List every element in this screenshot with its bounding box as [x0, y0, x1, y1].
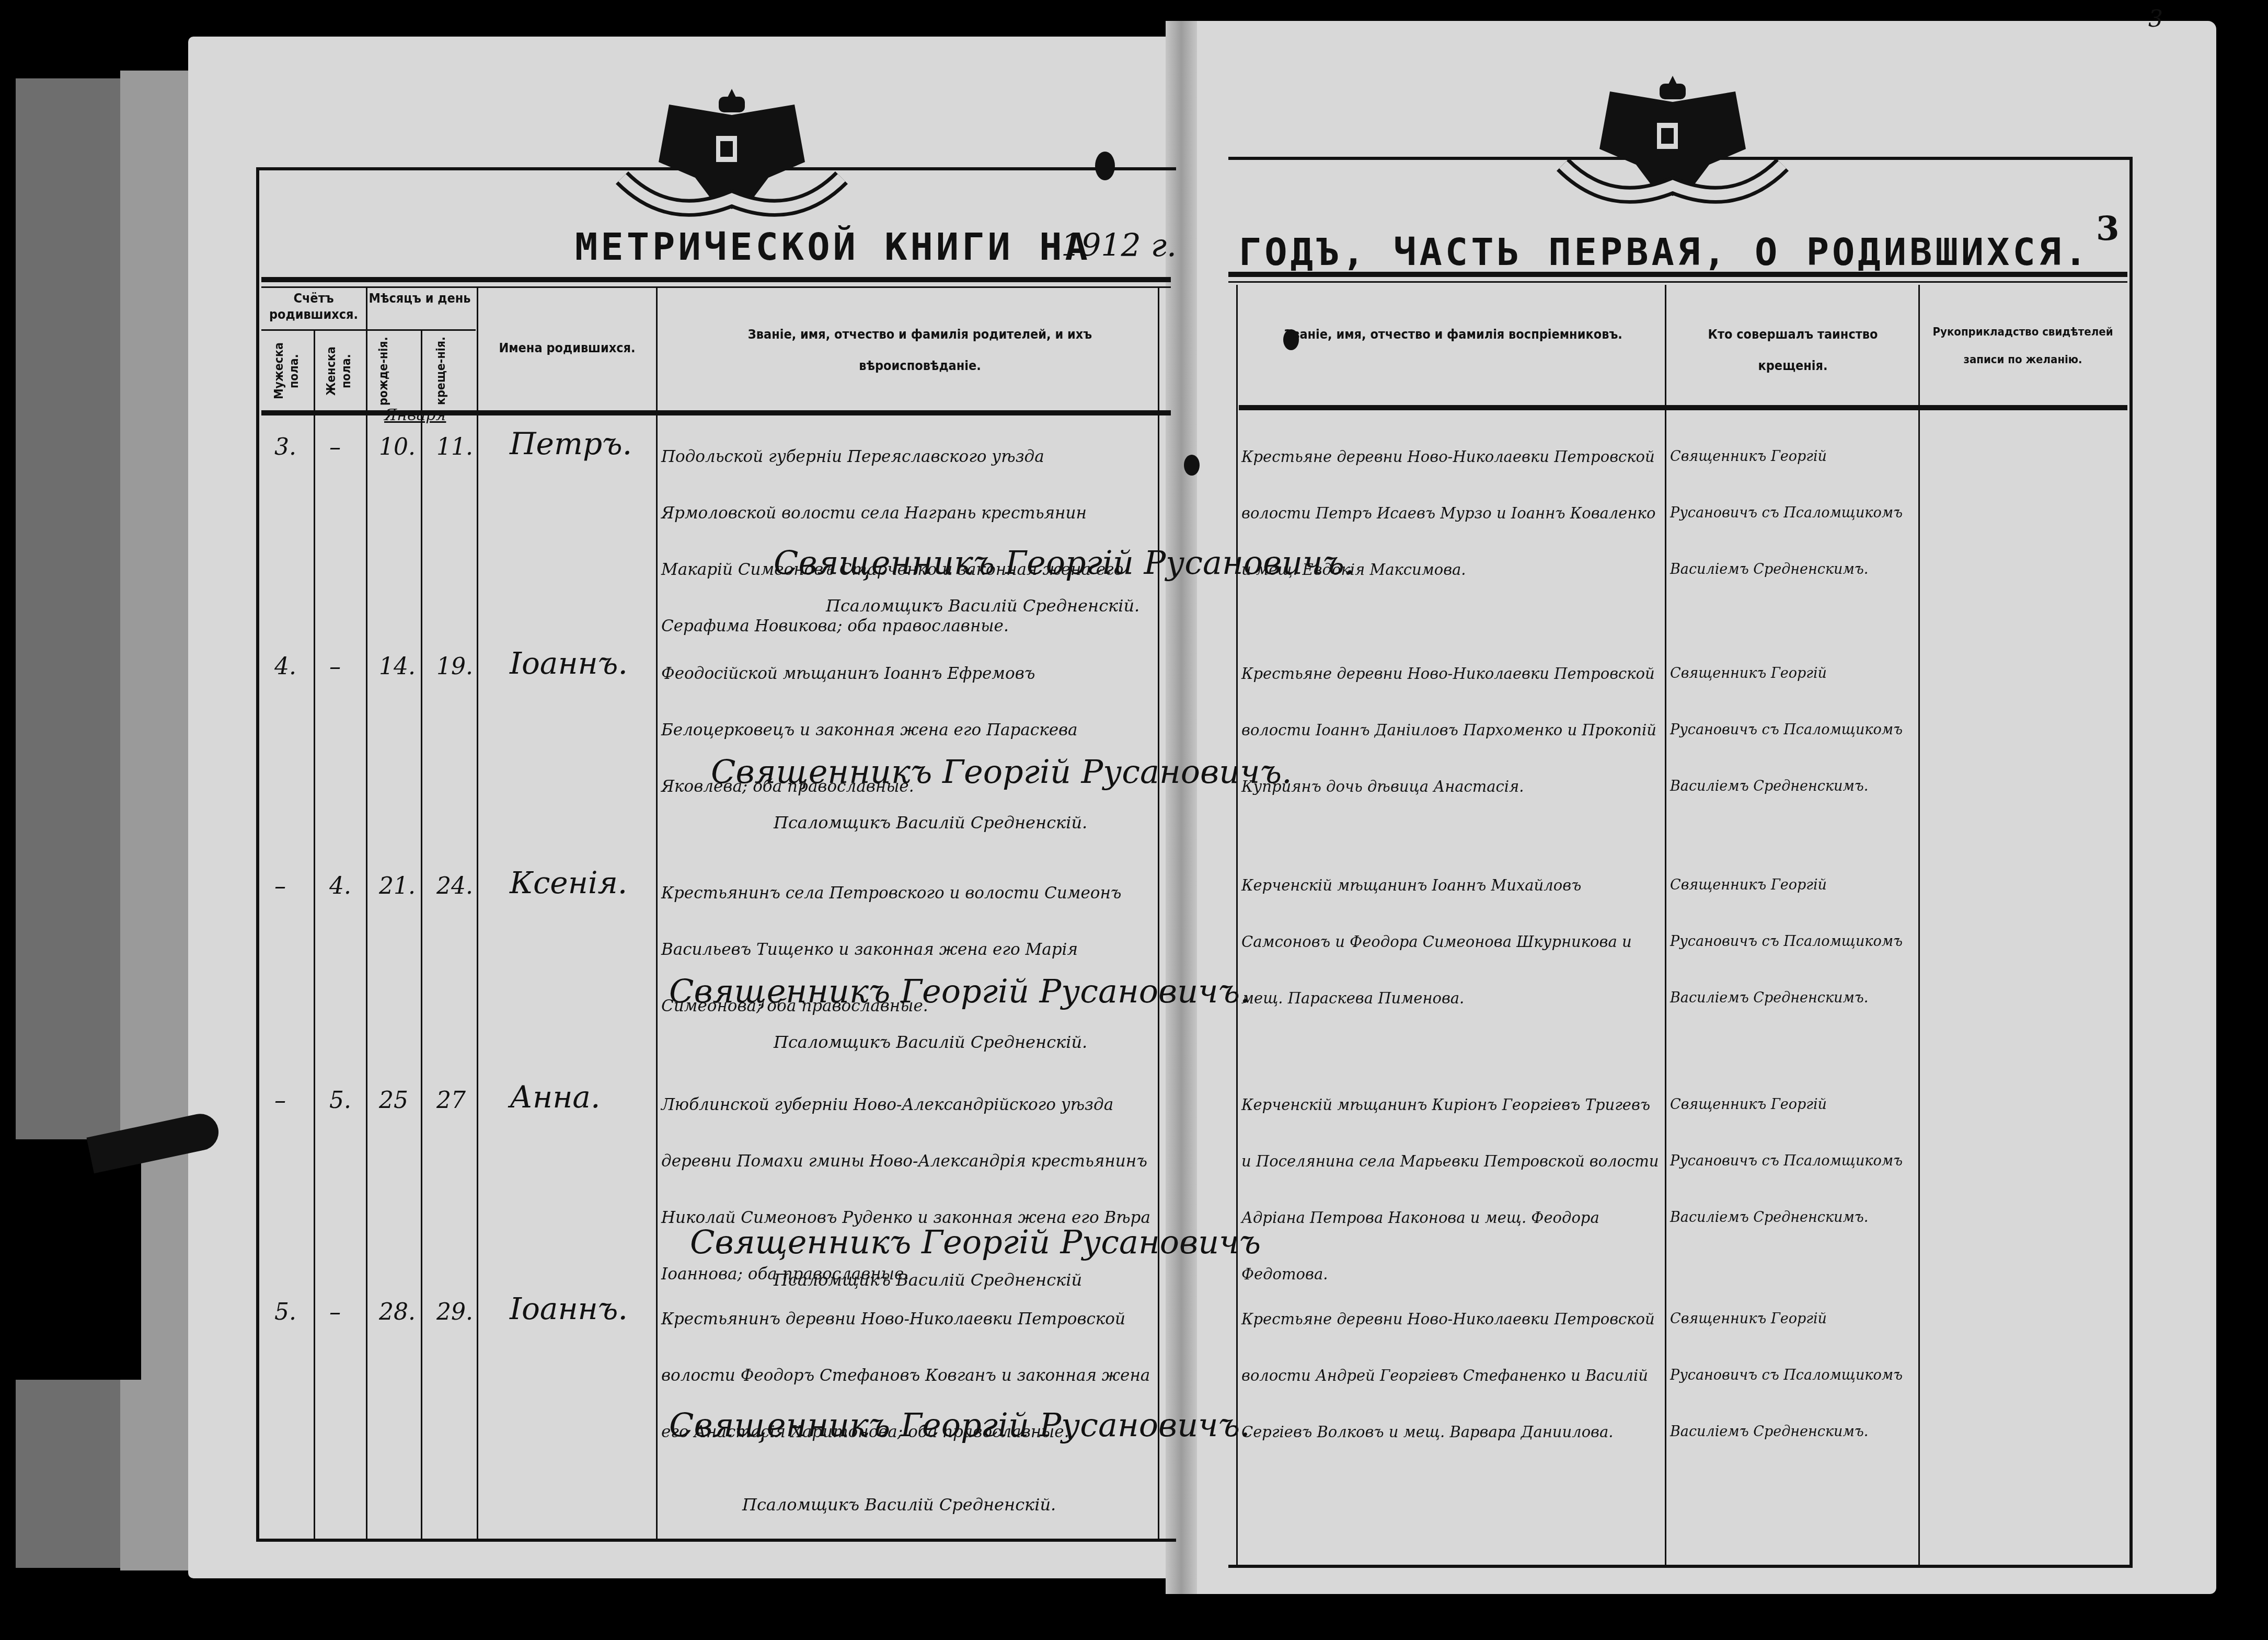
- godparents-text: Крестьяне деревни Ново-Николаевки Петров…: [1241, 429, 1660, 598]
- male-count: –: [274, 873, 286, 899]
- column-divider: [477, 287, 478, 1542]
- godparents-text: Керченскій мѣщанинъ Киріонъ Георгіевъ Тр…: [1241, 1077, 1660, 1302]
- performed-by-text: Священникъ Георгій Русановичъ съ Псаломщ…: [1670, 645, 1916, 815]
- baptism-day: 24.: [436, 873, 473, 899]
- parents-text: Подольской губерніи Переяславского уѣзда…: [661, 429, 1158, 654]
- female-count: –: [329, 434, 341, 460]
- priest-signature: Священникъ Георгій Русановичъ.: [669, 1406, 1250, 1444]
- baptism-day: 11.: [436, 434, 473, 460]
- parents-text: Люблинской губерніи Ново-Александрійског…: [661, 1077, 1158, 1302]
- performed-by-text: Священникъ Георгій Русановичъ съ Псаломщ…: [1670, 1291, 1916, 1460]
- book-title-right: ГОДЪ, ЧАСТЬ ПЕРВАЯ, О РОДИВШИХСЯ.: [1239, 230, 2090, 274]
- subheader-rule: [261, 329, 476, 331]
- baptism-day: 19.: [436, 653, 473, 680]
- column-divider: [1158, 287, 1159, 1542]
- male-count: –: [274, 1087, 286, 1114]
- header-count: Счётъ родившихся.: [261, 290, 366, 323]
- header-rule: [261, 277, 1171, 282]
- priest-signature: Священникъ Георгій Русановичъ.: [669, 972, 1250, 1010]
- header-names: Имена родившихся.: [478, 340, 656, 356]
- header-month-day: Мѣсяцъ и день: [367, 290, 472, 306]
- performed-by-text: Священникъ Георгій Русановичъ съ Псаломщ…: [1670, 1077, 1916, 1246]
- male-count: 3.: [274, 434, 296, 460]
- female-count: 5.: [329, 1087, 351, 1114]
- header-baptism: креще-нія.: [434, 334, 465, 408]
- performed-by-text: Священникъ Георгій Русановичъ съ Псаломщ…: [1670, 857, 1916, 1026]
- header-performed-by: Кто совершалъ таинство крещенія.: [1678, 319, 1908, 382]
- column-divider: [366, 287, 367, 1542]
- child-name: Іоаннъ.: [510, 645, 628, 681]
- column-divider: [1918, 285, 1920, 1565]
- male-count: 5.: [274, 1299, 296, 1325]
- birth-day: 10.: [379, 434, 416, 460]
- column-divider: [314, 329, 315, 1542]
- performed-by-text: Священникъ Георгій Русановичъ съ Псаломщ…: [1670, 429, 1916, 598]
- header-birth: рожде-нія.: [376, 334, 408, 408]
- female-count: 4.: [329, 873, 351, 899]
- header-rule: [1228, 272, 2127, 277]
- female-count: –: [329, 1299, 341, 1325]
- header-bottom-rule: [1239, 405, 2127, 410]
- child-name: Петръ.: [510, 426, 632, 461]
- birth-day: 25: [379, 1087, 408, 1114]
- psalmist-signature: Псаломщикъ Василій Средненскій: [774, 1270, 1082, 1290]
- baptism-day: 29.: [436, 1299, 473, 1325]
- holder-shadow: [0, 1139, 141, 1380]
- header-rule: [1228, 281, 2127, 283]
- child-name: Іоаннъ.: [510, 1291, 628, 1326]
- godparents-text: Керченскій мѣщанинъ Іоаннъ Михайловъ Сам…: [1241, 857, 1660, 1026]
- year-handwritten: 1912 г.: [1061, 230, 1177, 261]
- header-male: Мужеска пола.: [272, 334, 303, 408]
- pencil-page-number: 3: [2148, 8, 2163, 31]
- psalmist-signature: Псаломщикъ Василій Средненскій.: [774, 813, 1087, 833]
- priest-signature: Священникъ Георгій Русановичъ: [690, 1223, 1261, 1261]
- male-count: 4.: [274, 653, 296, 680]
- header-witnesses: Рукоприкладство свидѣтелей записи по жел…: [1926, 319, 2120, 374]
- birth-day: 28.: [379, 1299, 416, 1325]
- column-divider: [421, 329, 422, 1542]
- binding-hole: [1184, 455, 1200, 476]
- godparents-text: Крестьяне деревни Ново-Николаевки Петров…: [1241, 1291, 1660, 1460]
- header-godparents: Званіе, имя, отчество и фамилія воспріем…: [1254, 319, 1652, 350]
- header-parents: Званіе, имя, отчество и фамилія родителе…: [732, 319, 1108, 382]
- psalmist-signature: Псаломщикъ Василій Средненскій.: [742, 1495, 1056, 1515]
- psalmist-signature: Псаломщикъ Василій Средненскій.: [826, 596, 1139, 616]
- baptism-day: 27: [436, 1087, 466, 1114]
- female-count: –: [329, 653, 341, 680]
- column-divider: [1665, 285, 1666, 1565]
- birth-day: 14.: [379, 653, 416, 680]
- birth-day: 21.: [379, 873, 416, 899]
- child-name: Анна.: [510, 1079, 600, 1115]
- priest-signature: Священникъ Георгій Русановичъ.: [711, 753, 1292, 791]
- godparents-text: Крестьяне деревни Ново-Николаевки Петров…: [1241, 645, 1660, 815]
- column-divider: [656, 287, 658, 1542]
- printed-page-number: 3: [2096, 209, 2120, 248]
- book-title-left: МЕТРИЧЕСКОЙ КНИГИ НА: [575, 225, 1091, 269]
- month-label: Января: [384, 408, 446, 423]
- psalmist-signature: Псаломщикъ Василій Средненскій.: [774, 1032, 1087, 1052]
- column-divider: [1236, 285, 1238, 1565]
- header-female: Женска пола.: [324, 334, 355, 408]
- header-rule: [261, 286, 1171, 288]
- child-name: Ксенія.: [510, 865, 627, 900]
